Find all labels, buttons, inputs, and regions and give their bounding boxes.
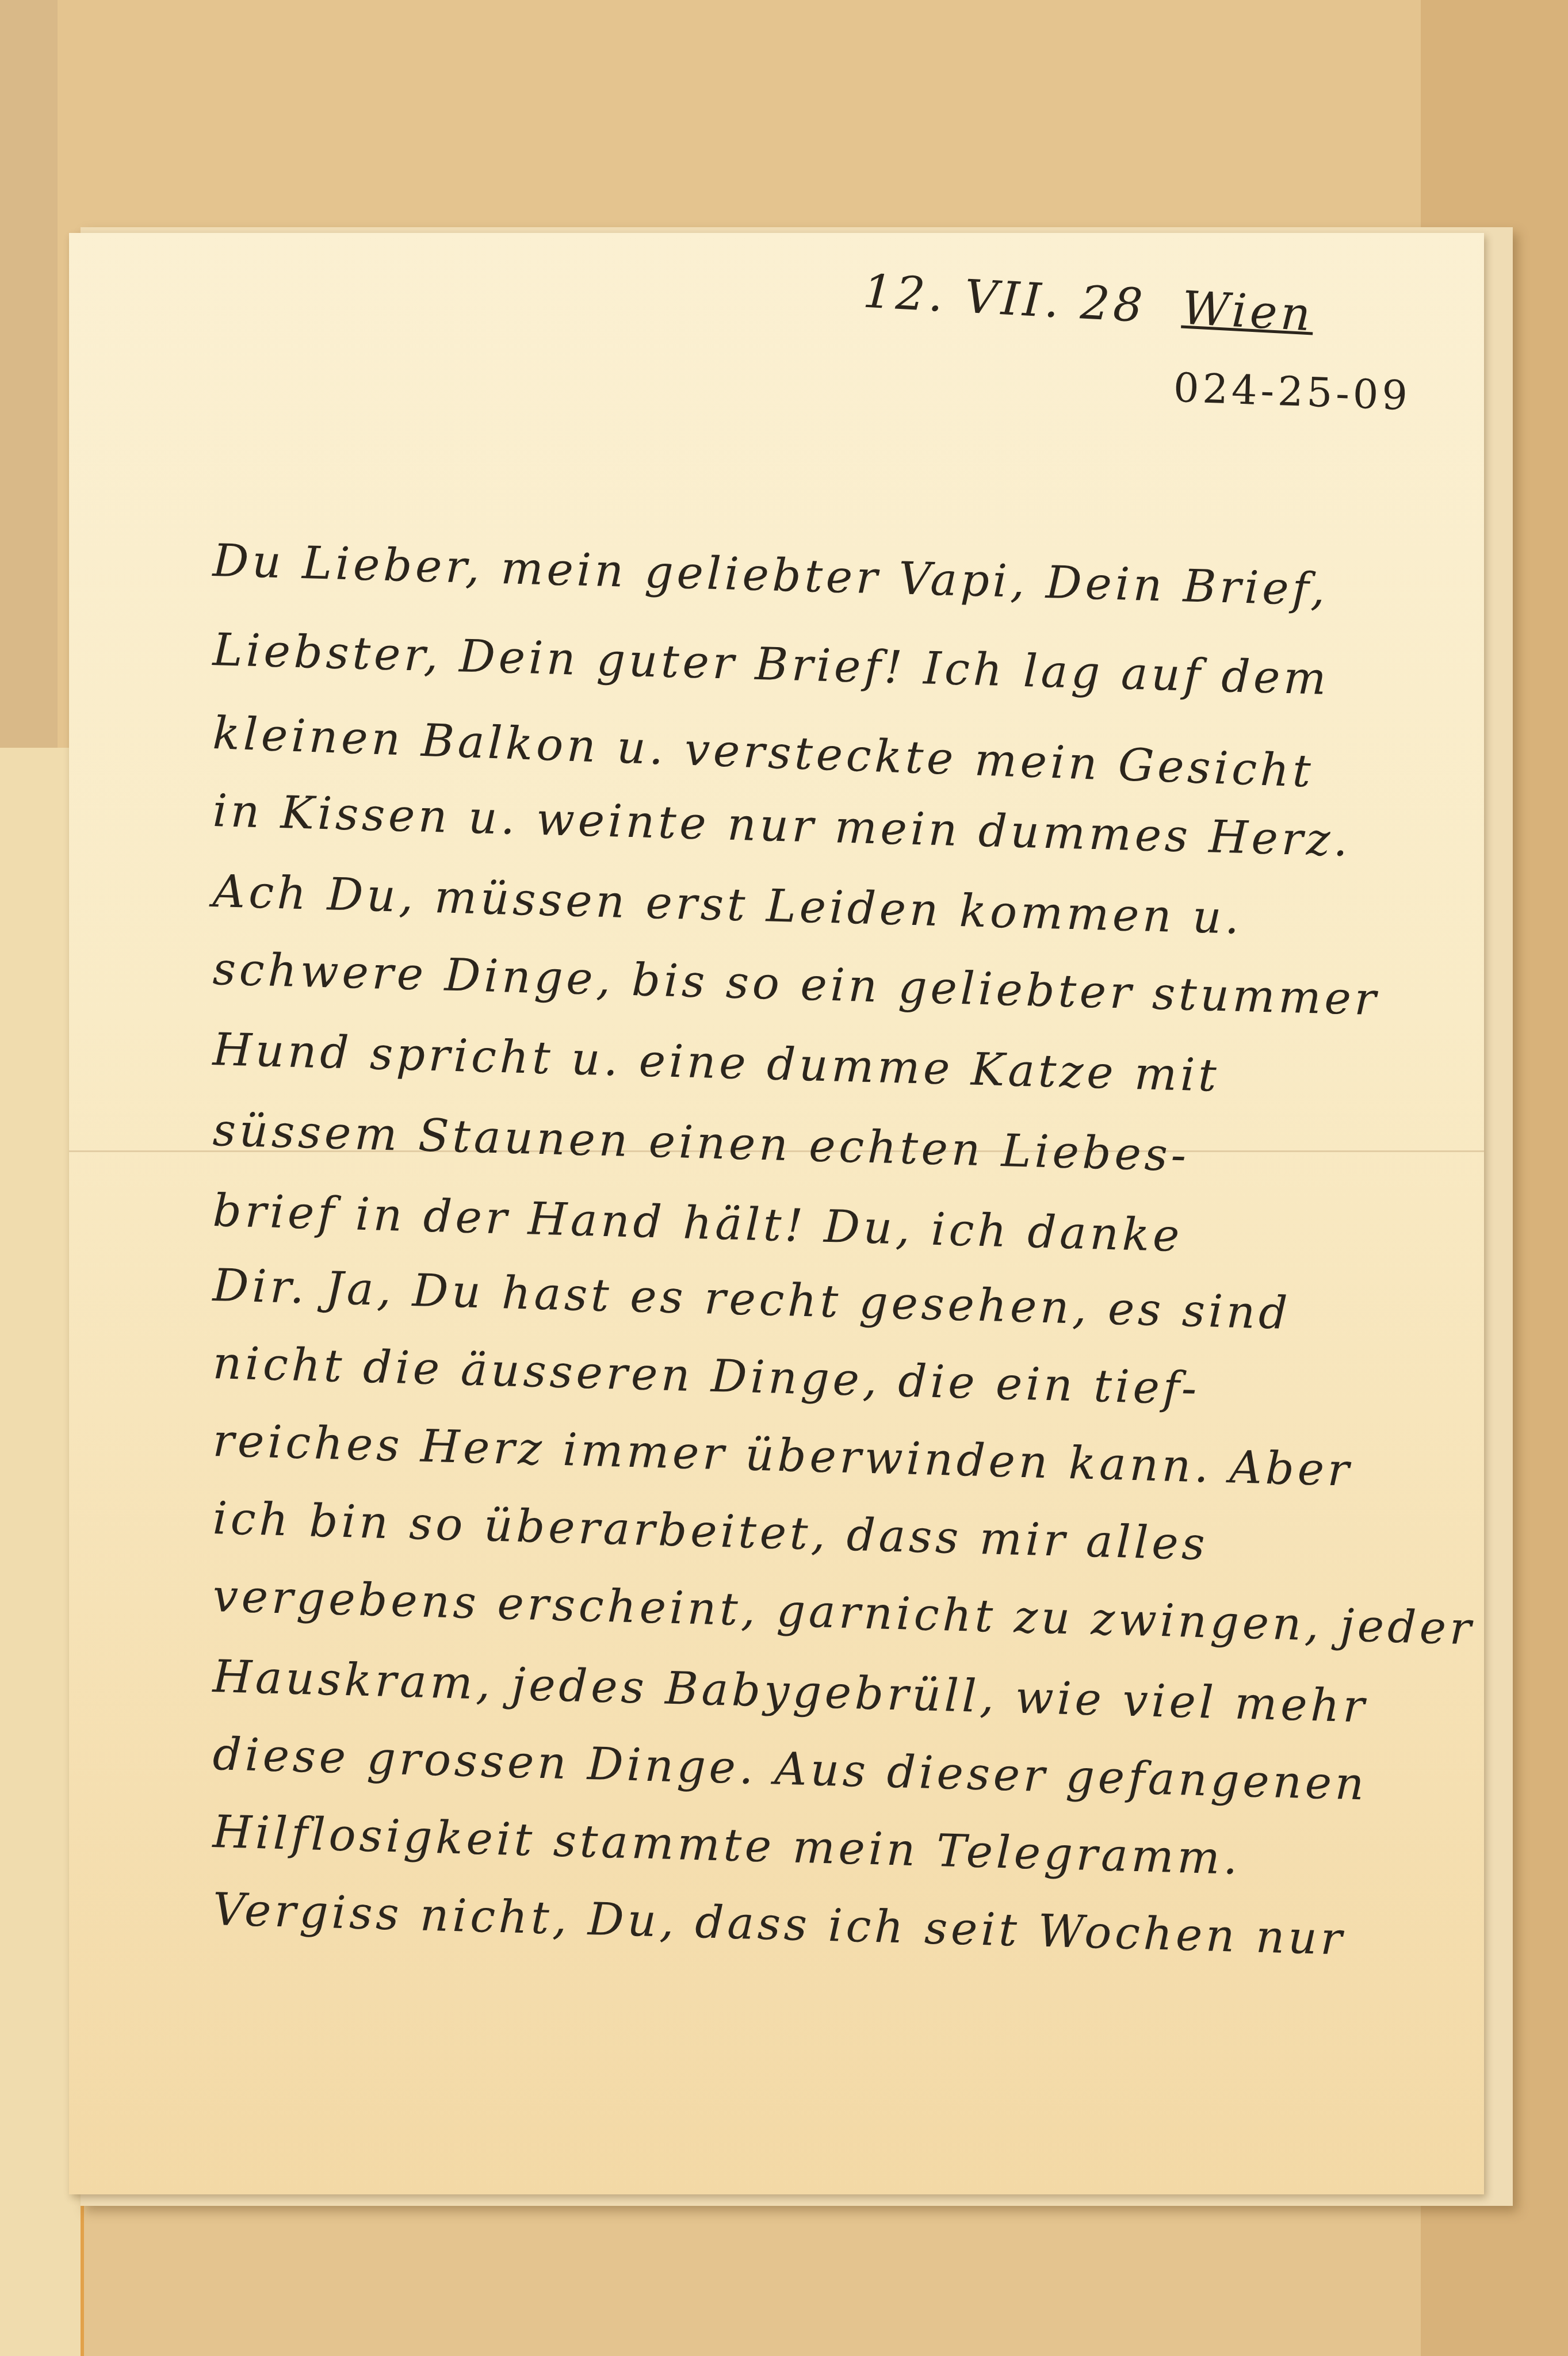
- archive-reference: 024-25-09: [1173, 364, 1412, 419]
- letter-place: Wien: [1180, 281, 1315, 342]
